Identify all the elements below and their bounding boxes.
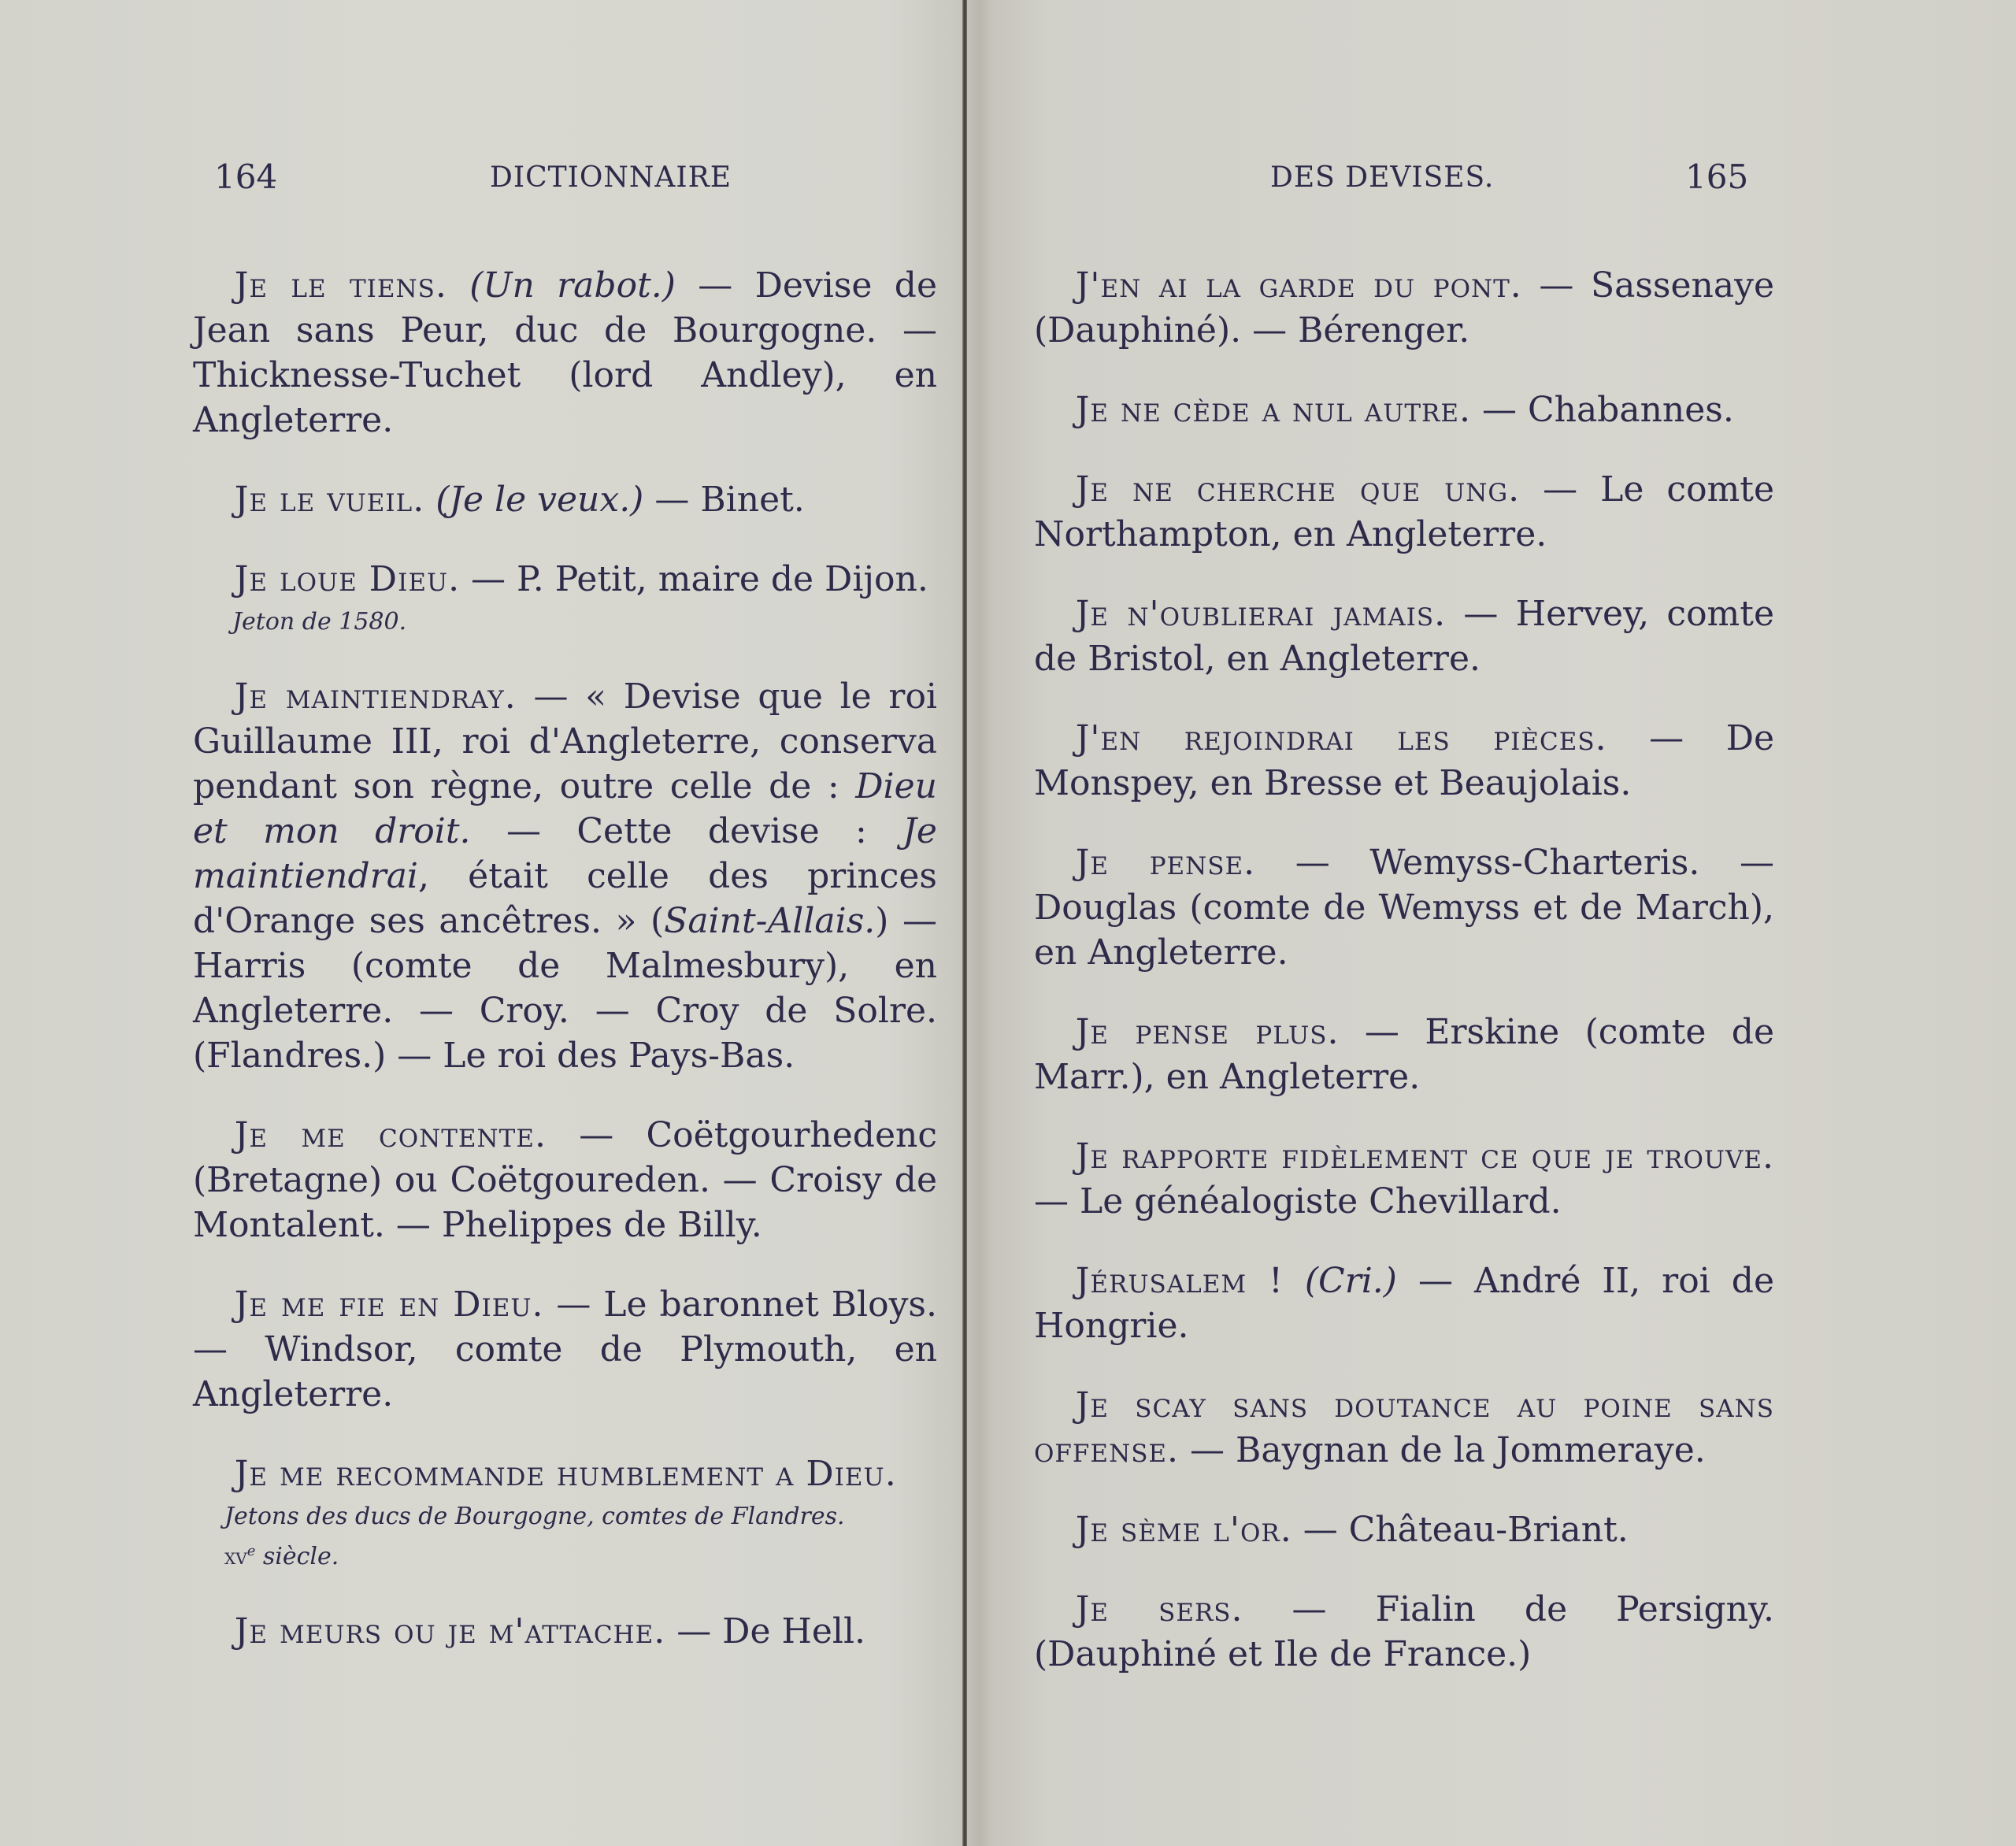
entry-note: Jetons des ducs de Bourgogne, comtes de …: [193, 1499, 937, 1574]
motto: Je ne cherche que ung.: [1076, 469, 1520, 510]
motto: Je sème l'or.: [1076, 1510, 1292, 1550]
gloss: (Un rabot.): [469, 265, 676, 306]
running-head: DICTIONNAIRE: [490, 161, 732, 194]
motto: Je me recommande humblement a Dieu.: [235, 1454, 897, 1494]
page-number: 165: [1685, 158, 1748, 196]
entry: Je loue Dieu. — P. Petit, maire de Dijon…: [193, 557, 937, 639]
entry: Jérusalem ! (Cri.) — André II, roi de Ho…: [1034, 1258, 1774, 1348]
entry: Je le tiens. (Un rabot.) — Devise de Jea…: [193, 263, 937, 443]
gloss: (Cri.): [1305, 1261, 1397, 1301]
motto: Je sers.: [1076, 1589, 1243, 1629]
entry-list: Je le tiens. (Un rabot.) — Devise de Jea…: [193, 228, 937, 1673]
entry: Je rapporte fidèlement ce que je trouve.…: [1034, 1134, 1774, 1224]
motto: J'en ai la garde du pont.: [1076, 265, 1522, 306]
entry-text: — Le généalogiste Chevillard.: [1034, 1181, 1562, 1221]
motto: Je meurs ou je m'attache.: [235, 1611, 665, 1651]
entry: Je me contente. — Coëtgourhedenc (Bretag…: [193, 1113, 937, 1247]
entry-text: — Chabannes.: [1471, 390, 1734, 430]
entry: Je ne cherche que ung. — Le comte Northa…: [1034, 467, 1774, 557]
entry: Je sers. — Fialin de Persigny. (Dauphiné…: [1034, 1587, 1774, 1677]
century-sup: e: [247, 1543, 256, 1559]
entry: Je ne cède a nul autre. — Chabannes.: [1034, 387, 1774, 432]
right-page: DES DEVISES. 165 J'en ai la garde du pon…: [967, 0, 2016, 1846]
entry: Je sème l'or. — Château-Briant.: [1034, 1507, 1774, 1552]
motto: Jérusalem !: [1076, 1261, 1284, 1301]
motto: Je loue Dieu.: [235, 559, 460, 599]
entry-note: Jeton de 1580.: [193, 605, 937, 639]
entry-text: — Cette devise :: [471, 811, 903, 851]
entry: Je n'oublierai jamais. — Hervey, comte d…: [1034, 591, 1774, 681]
entry-text: — Baygnan de la Jommeraye.: [1179, 1430, 1706, 1470]
running-head: DES DEVISES.: [1270, 161, 1494, 194]
entry-text: — Château-Briant.: [1292, 1510, 1629, 1550]
gloss: (Je le veux.): [435, 480, 643, 520]
motto: Je maintiendray.: [235, 676, 517, 717]
entry: Je maintiendray. — « Devise que le roi G…: [193, 674, 937, 1078]
left-page: 164 DICTIONNAIRE Je le tiens. (Un rabot.…: [0, 0, 962, 1846]
entry-text: — De Hell.: [665, 1611, 865, 1651]
entry: Je pense plus. — Erskine (comte de Marr.…: [1034, 1010, 1774, 1099]
entry: Je pense. — Wemyss-Charteris. — Douglas …: [1034, 840, 1774, 975]
book-spread: 164 DICTIONNAIRE Je le tiens. (Un rabot.…: [0, 0, 2016, 1846]
entry-text: — Binet.: [643, 480, 804, 520]
entry-text: — P. Petit, maire de Dijon.: [460, 559, 928, 599]
motto: Je le tiens.: [235, 265, 447, 306]
motto: Je ne cède a nul autre.: [1076, 390, 1471, 430]
entry: Je le vueil. (Je le veux.) — Binet.: [193, 477, 937, 522]
entry: J'en rejoindrai les pièces. — De Monspey…: [1034, 716, 1774, 806]
motto: Je n'oublierai jamais.: [1076, 594, 1446, 634]
note-tail: siècle.: [255, 1543, 339, 1570]
motto: J'en rejoindrai les pièces.: [1076, 718, 1607, 758]
entry-italic: Saint-Allais.: [664, 901, 875, 941]
motto: Je rapporte fidèlement ce que je trouve.: [1076, 1136, 1774, 1177]
entry: Je me fie en Dieu. — Le baronnet Bloys. …: [193, 1282, 937, 1417]
entry-list: J'en ai la garde du pont. — Sassenaye (D…: [1034, 228, 1774, 1696]
entry: Je me recommande humblement a Dieu. Jeto…: [193, 1451, 937, 1574]
page-number: 164: [214, 158, 277, 196]
note-text: Jetons des ducs de Bourgogne, comtes de …: [224, 1503, 845, 1530]
entry: J'en ai la garde du pont. — Sassenaye (D…: [1034, 263, 1774, 353]
motto: Je le vueil.: [235, 480, 424, 520]
motto: Je pense.: [1076, 843, 1255, 883]
motto: Je me contente.: [235, 1115, 547, 1155]
entry: Je meurs ou je m'attache. — De Hell.: [193, 1609, 937, 1654]
entry: Je scay sans doutance au poine sans offe…: [1034, 1383, 1774, 1473]
motto: Je me fie en Dieu.: [235, 1284, 544, 1325]
century: xv: [224, 1544, 247, 1570]
motto: Je pense plus.: [1076, 1012, 1340, 1052]
